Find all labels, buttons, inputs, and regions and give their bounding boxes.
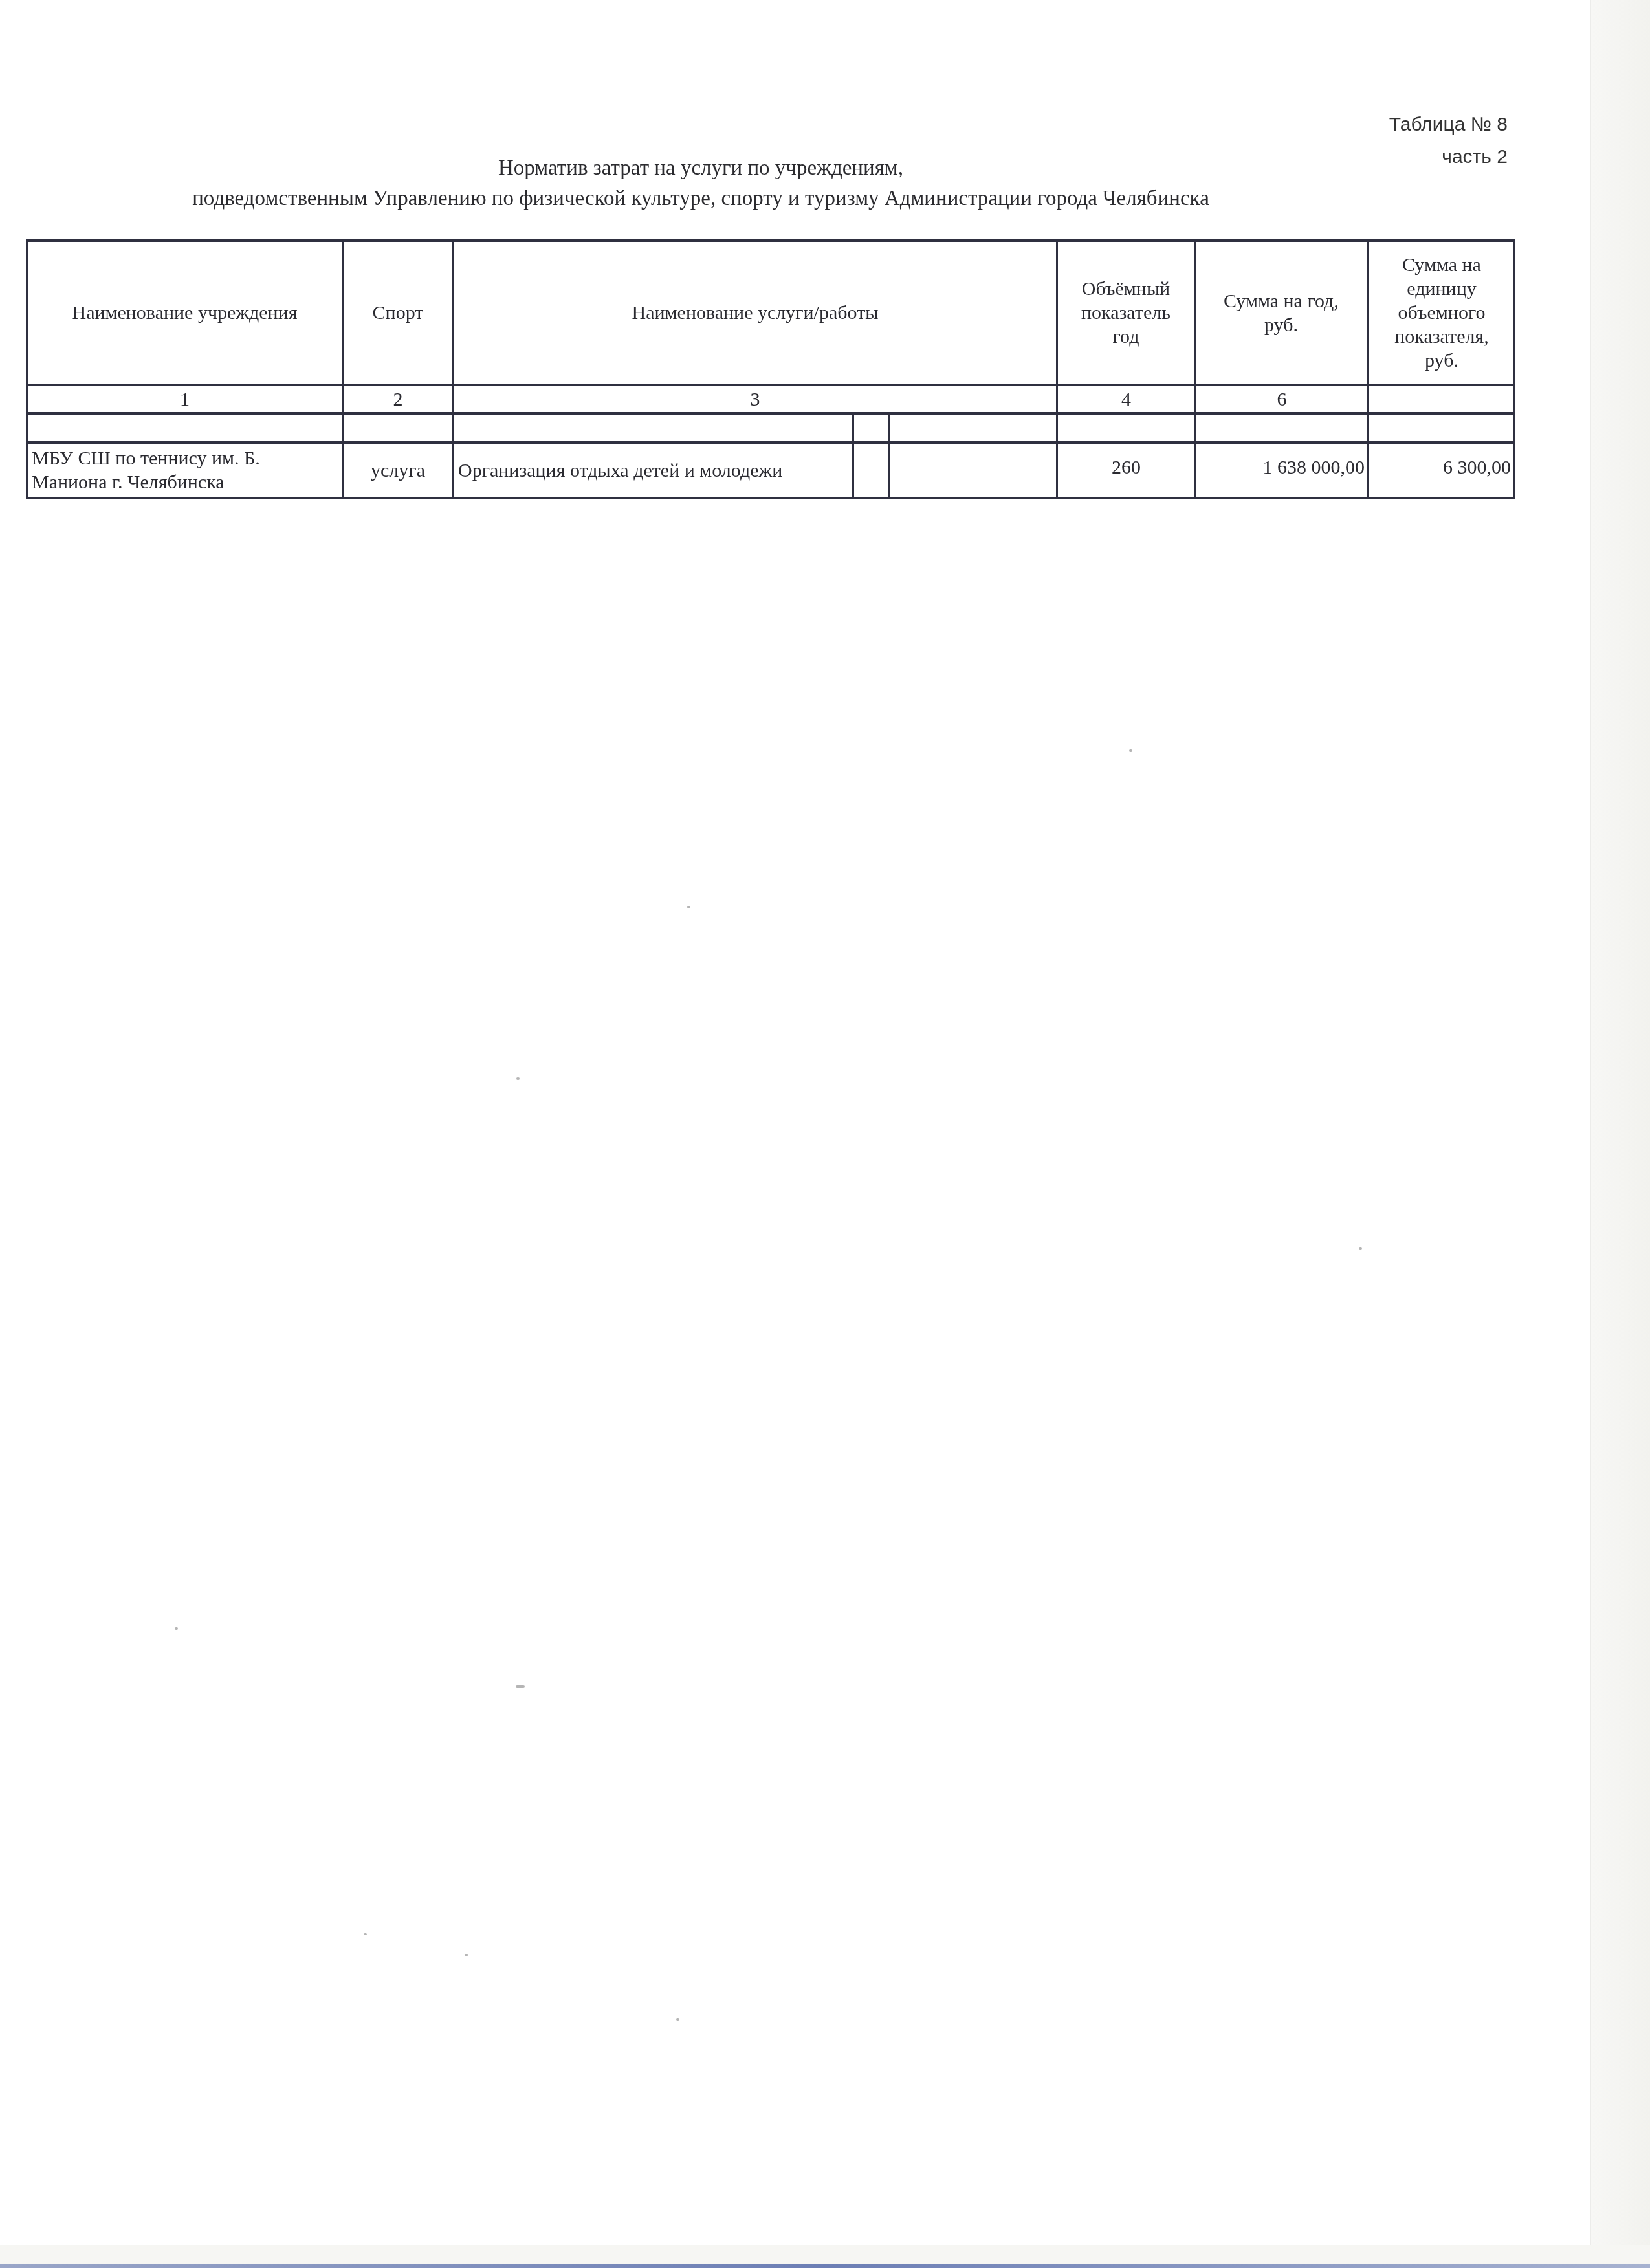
header-institution: Наименование учреждения [28,242,342,384]
col-number-4: 4 [1058,386,1194,412]
col-number-2: 2 [344,386,452,412]
header-annual-sum: Сумма на год, руб. [1204,242,1359,384]
scan-speck [676,2018,679,2021]
scan-speck [516,1077,520,1080]
table-numbers-divider [26,412,1515,415]
scan-speck [364,1933,367,1935]
scan-speck [465,1954,468,1956]
col-number-1: 1 [28,386,342,412]
row-sub-a [854,444,888,497]
header-sport: Спорт [344,242,452,384]
scan-speck [1129,749,1132,752]
header-volume: Объёмный показатель год [1061,242,1191,384]
header-unit-sum: Сумма на единицу объемного показателя, р… [1372,242,1512,384]
cost-norm-table: Наименование учреждения Спорт Наименован… [0,0,1650,2268]
row-sport: услуга [344,444,452,497]
scan-speck [175,1627,178,1630]
table-border-right [1513,239,1515,499]
row-unit-sum: 6 300,00 [1369,444,1513,490]
row-annual-sum: 1 638 000,00 [1196,444,1367,490]
header-service: Наименование услуги/работы [454,242,1056,384]
scan-speck [516,1685,525,1688]
row-service: Организация отдыха детей и молодежи [454,444,852,497]
scan-speck [687,906,690,908]
scan-speck [1359,1247,1362,1250]
table-border-bottom [26,497,1515,499]
col-number-6 [1369,386,1513,412]
col-number-3: 3 [454,386,1056,412]
col-number-5: 6 [1196,386,1367,412]
row-institution: МБУ СШ по теннису им. Б. Маниона г. Челя… [28,444,313,497]
row-sub-b [890,444,1056,497]
row-volume: 260 [1058,444,1194,490]
